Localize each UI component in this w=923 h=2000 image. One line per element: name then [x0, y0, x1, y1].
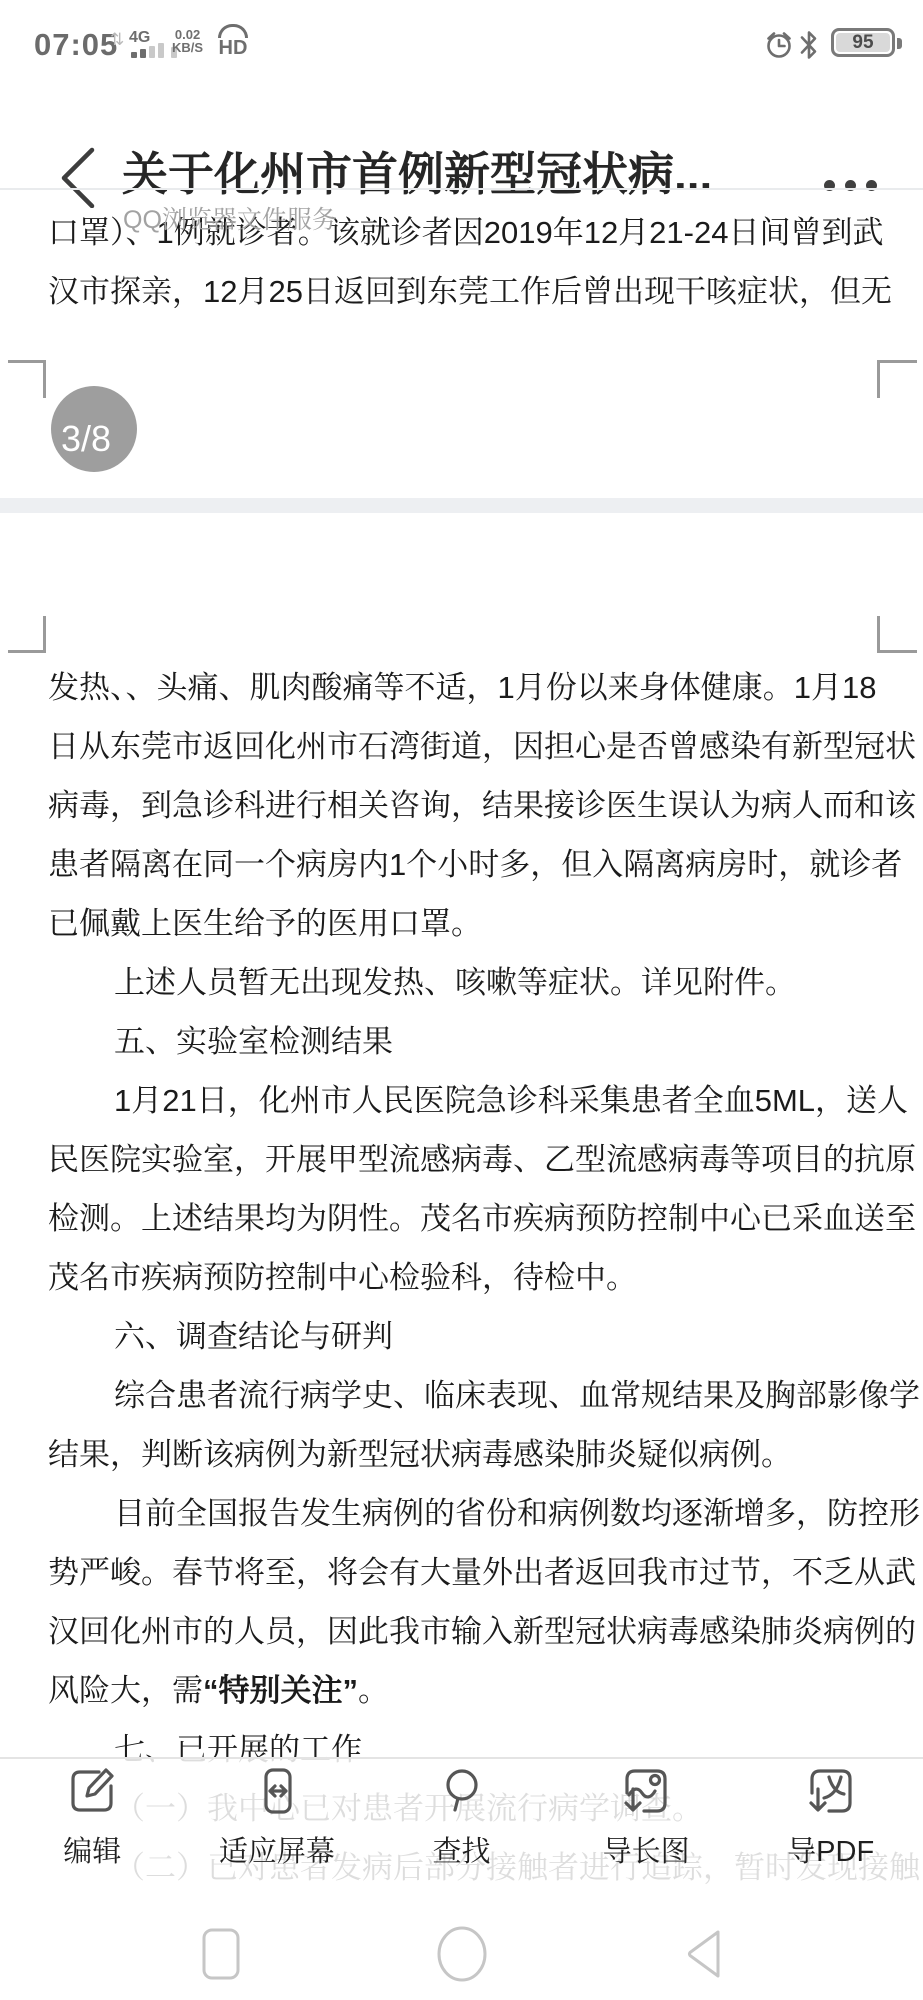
- page-indicator-badge: 3/8: [51, 386, 137, 472]
- back-button[interactable]: [48, 144, 100, 208]
- document-toolbar: 编辑 适应屏幕 查找: [0, 1765, 923, 1885]
- document-line: 风险大，需“特别关注”。: [48, 1671, 389, 1711]
- document-line: 已佩戴上医生给予的医用口罩。: [48, 904, 482, 944]
- toolbar-label: 导长图: [603, 1829, 690, 1870]
- document-line: 病毒，到急诊科进行相关咨询，结果接诊医生误认为病人而和该: [48, 786, 916, 826]
- page-indicator-label: 3/8: [61, 418, 111, 460]
- page-corner-mark: [8, 360, 46, 363]
- document-line: 势严峻。春节将至，将会有大量外出者返回我市过节，不乏从武: [48, 1553, 916, 1593]
- clock-label: 07:05: [34, 27, 118, 63]
- document-line: 茂名市疾病预防控制中心检验科，待检中。: [48, 1258, 637, 1298]
- page-corner-mark: [8, 650, 46, 653]
- page-corner-mark: [877, 650, 917, 653]
- page-separator-band: [0, 498, 923, 513]
- search-icon: [435, 1765, 487, 1817]
- toolbar-label: 适应屏幕: [219, 1829, 335, 1870]
- more-menu-button[interactable]: [824, 180, 880, 192]
- document-line: 汉回化州市的人员，因此我市输入新型冠状病毒感染肺炎病例的: [48, 1612, 916, 1652]
- toolbar-item-edit[interactable]: 编辑: [0, 1765, 185, 1885]
- document-source-label: QQ浏览器文件服务: [123, 200, 337, 236]
- home-button[interactable]: [341, 1909, 582, 1999]
- toolbar-item-fit-screen[interactable]: 适应屏幕: [185, 1765, 370, 1885]
- document-line: 上述人员暂无出现发热、咳嗽等症状。详见附件。: [114, 963, 796, 1003]
- battery-icon: 95: [831, 28, 895, 57]
- bottom-overlay: 编辑 适应屏幕 查找: [0, 1757, 923, 2000]
- back-nav-button[interactable]: [582, 1909, 823, 1999]
- header: 关于化州市首例新型冠状病... QQ浏览器文件服务: [0, 56, 923, 190]
- toolbar-label: 查找: [432, 1829, 490, 1870]
- chevron-left-icon: [64, 150, 92, 206]
- export-pdf-icon: [805, 1765, 857, 1817]
- document-line: 综合患者流行病学史、临床表现、血常规结果及胸部影像学: [114, 1376, 920, 1416]
- toolbar-item-export-pdf[interactable]: 导PDF: [738, 1765, 923, 1885]
- document-line: 检测。上述结果均为阴性。茂名市疾病预防控制中心已采血送至: [48, 1199, 916, 1239]
- android-nav-bar: [0, 1909, 923, 1999]
- document-line: 民医院实验室，开展甲型流感病毒、乙型流感病毒等项目的抗原: [48, 1140, 916, 1180]
- document-line: 1月21日，化州市人民医院急诊科采集患者全血5ML，送人: [114, 1081, 908, 1121]
- document-line: 患者隔离在同一个病房内1个小时多，但入隔离病房时，就诊者: [48, 845, 902, 885]
- alarm-icon: [764, 30, 794, 60]
- phone-screen: 07:05 ⇅ 4G 0.02 KB/S HD 95 关于化: [0, 0, 923, 2000]
- document-line: 目前全国报告发生病例的省份和病例数均逐渐增多，防控形: [114, 1494, 920, 1534]
- status-bar: 07:05 ⇅ 4G 0.02 KB/S HD 95: [0, 0, 923, 70]
- toolbar-item-export-long-image[interactable]: 导长图: [554, 1765, 739, 1885]
- document-line: 发热、、头痛、肌肉酸痛等不适，1月份以来身体健康。1月18: [48, 668, 876, 708]
- recents-button[interactable]: [100, 1909, 341, 1999]
- network-speed-label: 0.02 KB/S: [172, 28, 203, 54]
- edit-icon: [66, 1765, 118, 1817]
- export-long-image-icon: [620, 1765, 672, 1817]
- document-line: 六、调查结论与研判: [114, 1317, 393, 1357]
- document-line: 汉市探亲，12月25日返回到东莞工作后曾出现干咳症状，但无: [48, 272, 892, 312]
- bluetooth-icon: [798, 29, 820, 61]
- hd-volte-icon: HD: [216, 24, 250, 58]
- page-corner-mark: [877, 360, 880, 398]
- back-triangle-icon: [683, 1927, 723, 1981]
- document-line: 五、实验室检测结果: [114, 1022, 393, 1062]
- battery-level: 95: [836, 33, 890, 52]
- document-viewport[interactable]: 3/8 口罩）、1例就诊者。该就诊者因2019年12月21-24日间曾到武汉市探…: [0, 190, 923, 2000]
- page-corner-mark: [877, 360, 917, 363]
- recents-square-icon: [202, 1928, 240, 1980]
- toolbar-label: 编辑: [63, 1829, 121, 1870]
- fit-screen-icon: [251, 1765, 303, 1817]
- document-line: 日从东莞市返回化州市石湾街道，因担心是否曾感染有新型冠状: [48, 727, 916, 767]
- document-line: 结果，判断该病例为新型冠状病毒感染肺炎疑似病例。: [48, 1435, 792, 1475]
- toolbar-label: 导PDF: [787, 1829, 874, 1870]
- page-corner-mark: [43, 616, 46, 653]
- page-corner-mark: [43, 360, 46, 398]
- data-arrows-icon: ⇅: [110, 30, 124, 50]
- header-divider: [0, 188, 923, 190]
- battery-nub: [897, 38, 902, 49]
- page-corner-mark: [877, 616, 880, 653]
- home-circle-icon: [436, 1925, 488, 1983]
- page-title: 关于化州市首例新型冠状病...: [122, 138, 812, 204]
- toolbar-item-find[interactable]: 查找: [369, 1765, 554, 1885]
